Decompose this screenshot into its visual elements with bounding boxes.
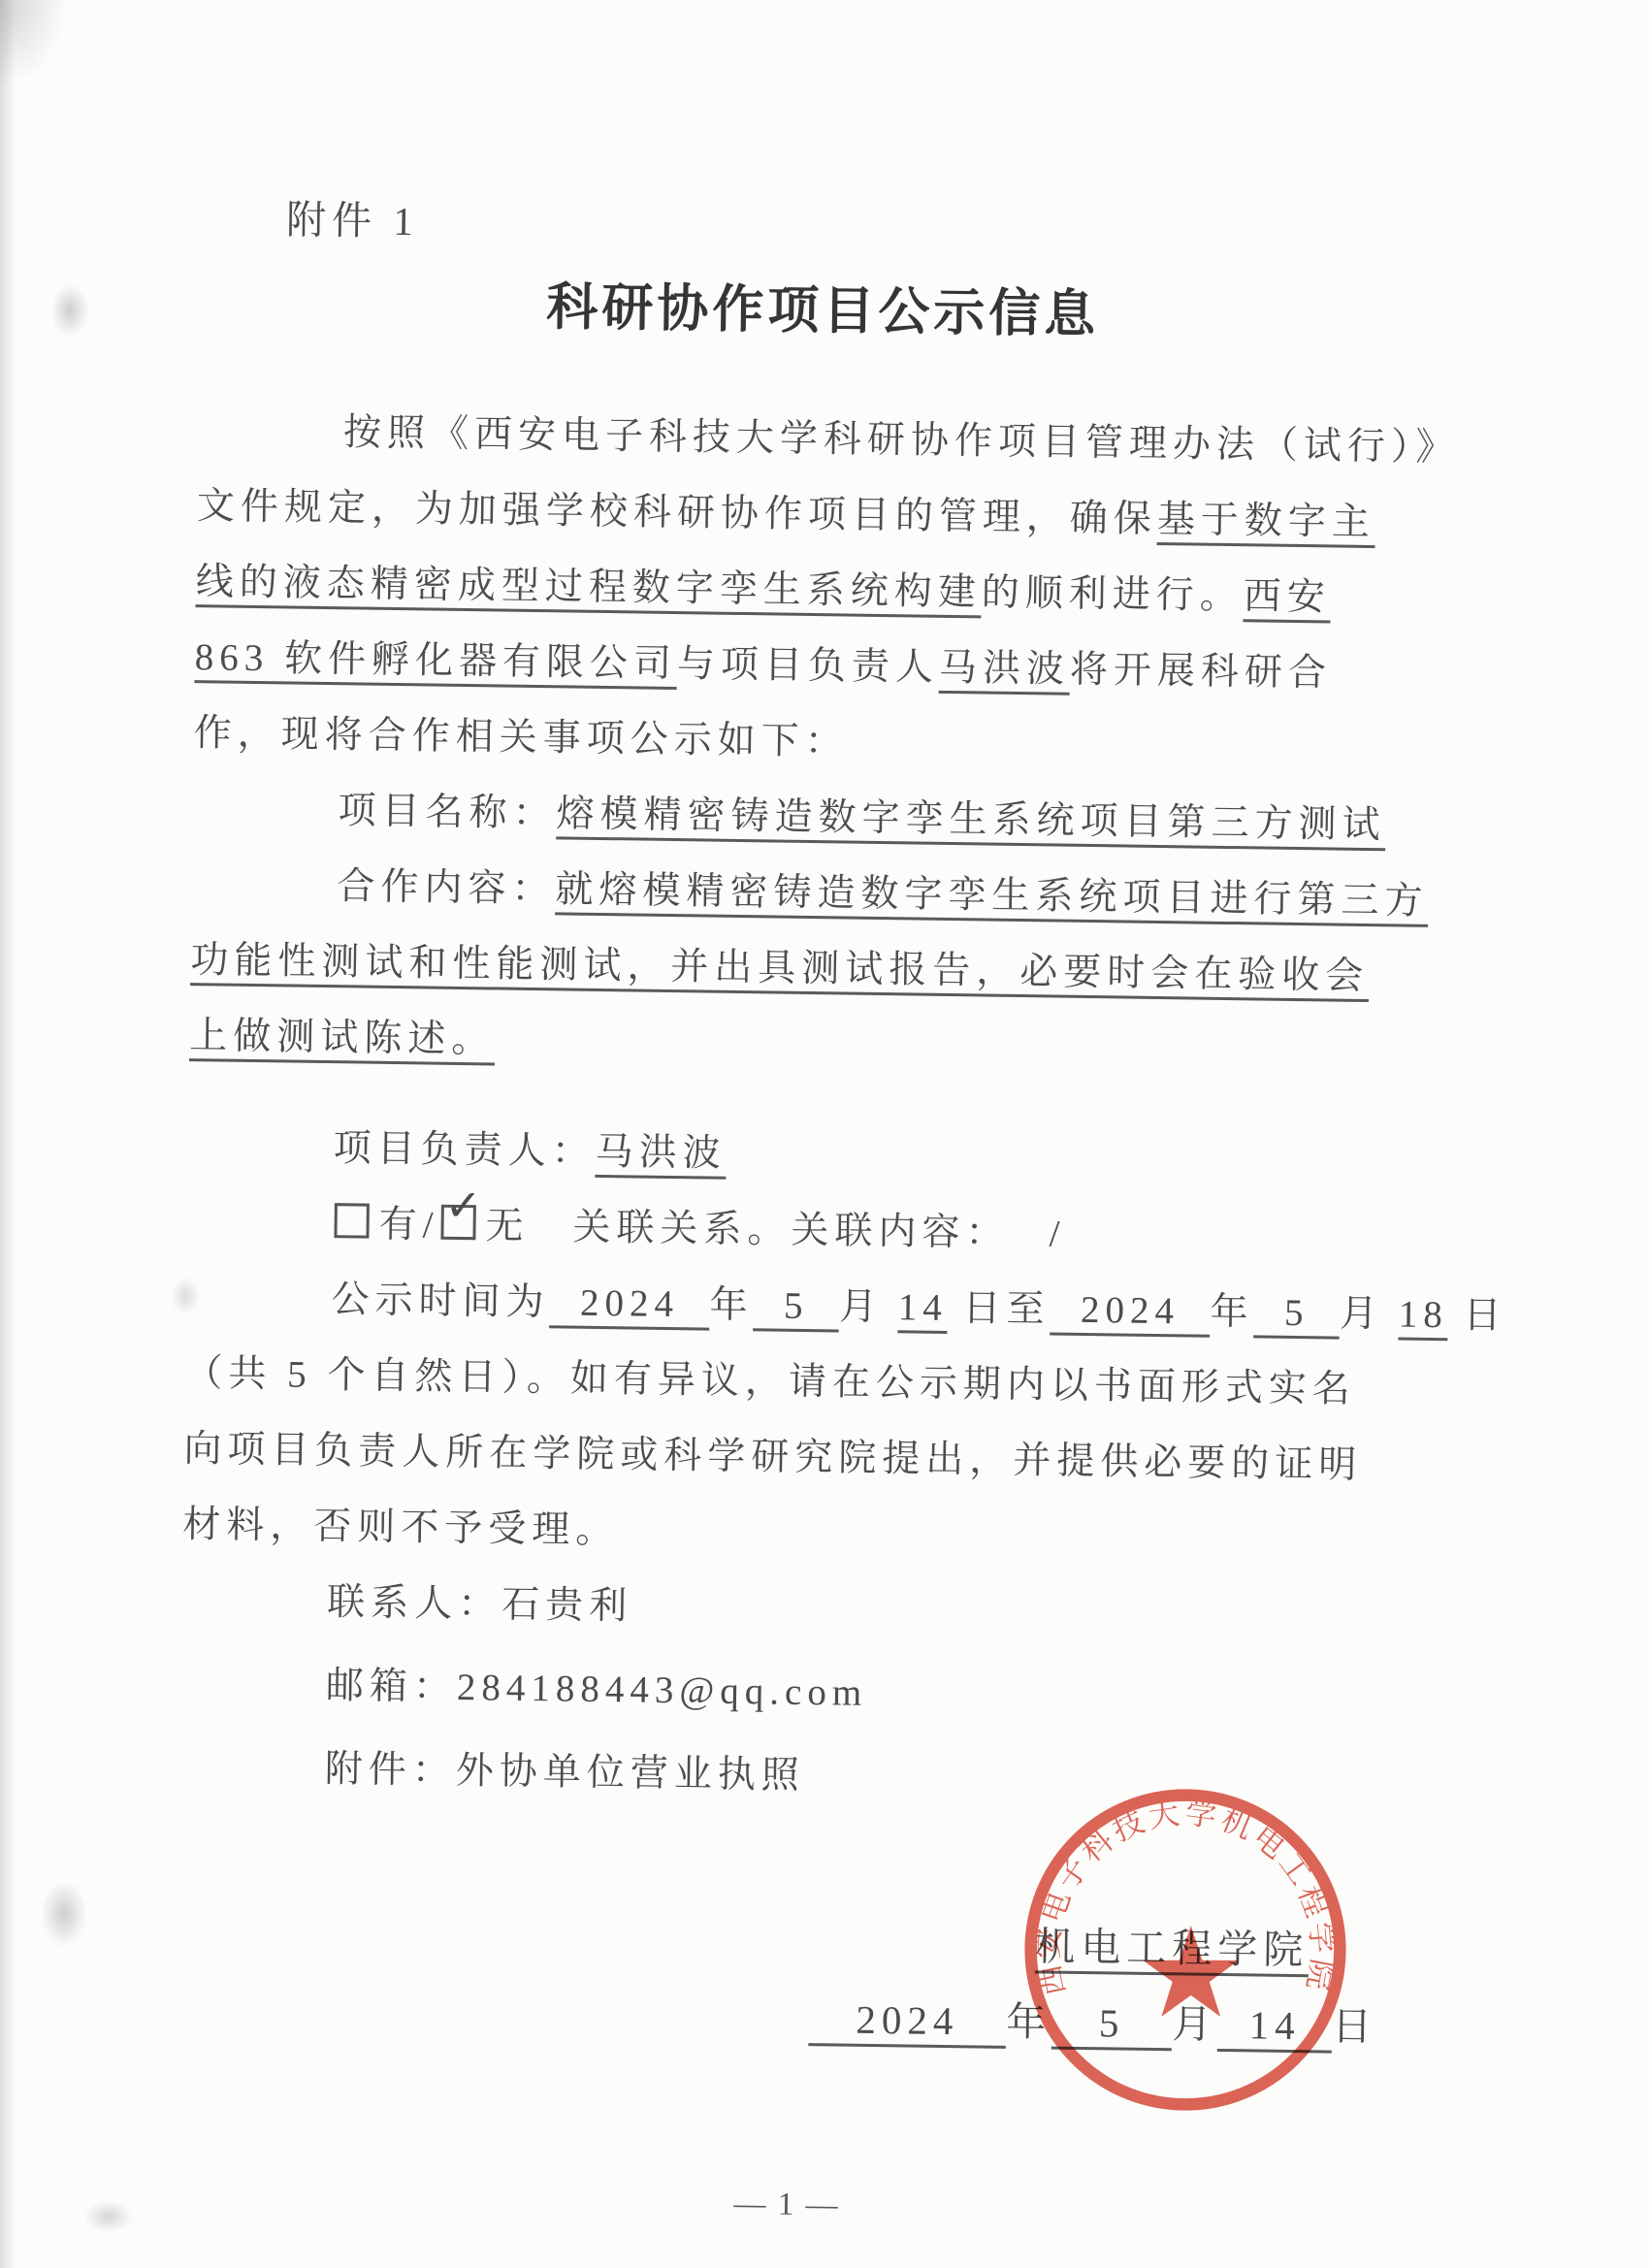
underlined-text: 基于数字主 (1157, 499, 1376, 543)
text-segment: 有/ (378, 1204, 438, 1247)
underlined-text: 2024 (549, 1281, 710, 1325)
text-segment: 月 (1340, 1293, 1399, 1336)
text-segment: 项目名称： (338, 790, 557, 834)
checkbox-checked-icon[interactable]: ✓ (440, 1205, 475, 1240)
text-segment: 合作内容： (337, 865, 556, 910)
official-seal-stamp: 西安电子科技大学机电工程学院 (999, 1764, 1372, 2136)
document-title: 科研协作项目公示信息 (199, 258, 1446, 365)
scanned-document-page: 附件 1 科研协作项目公示信息 按照《西安电子科技大学科研协作项目管理办法（试行… (0, 0, 1649, 2268)
underlined-text: 2024 (808, 1996, 1006, 2044)
page-number: — 1 — (173, 2158, 1420, 2252)
text-segment: 日至 (947, 1287, 1050, 1330)
underlined-text: 熔模精密铸造数字孪生系统项目第三方测试 (556, 793, 1386, 846)
underlined-text: 14 (897, 1286, 948, 1329)
text-segment: 文件规定，为加强学校科研协作项目的管理，确保 (197, 485, 1158, 540)
text-segment: 月 (839, 1285, 898, 1328)
document-body: 按照《西安电子科技大学科研协作项目管理办法（试行）》文件规定，为加强学校科研协作… (178, 393, 1444, 1823)
scan-smudge (41, 1880, 87, 1948)
underlined-text: 5 (753, 1284, 839, 1327)
body-line: 邮箱：284188443@qq.com (179, 1646, 1427, 1739)
text-segment: 向项目负责人所在学院或科学研究院提出，并提供必要的证明 (183, 1428, 1362, 1486)
text-segment: 邮箱：284188443@qq.com (326, 1665, 868, 1714)
text-segment: 年 (1210, 1291, 1254, 1334)
underlined-text: 18 (1398, 1293, 1448, 1336)
text-segment: 作，现将合作相关事项公示如下： (193, 712, 849, 762)
seal-star-icon (1143, 1926, 1239, 2017)
scan-smudge (50, 283, 89, 338)
text-segment: 公示时间为 (331, 1279, 550, 1323)
text-segment: 与项目负责人 (677, 643, 940, 689)
text-segment: 年 (709, 1284, 754, 1327)
scan-corner-shadow (0, 0, 68, 87)
check-icon: ✓ (444, 1183, 481, 1228)
underlined-text: 上做测试陈述。 (189, 1015, 496, 1060)
attachment-label: 附件 1 (286, 181, 1448, 274)
text-segment: 的顺利进行。 (981, 571, 1244, 617)
underlined-text: 功能性测试和性能测试，并出具测试报告，必要时会在验收会 (190, 939, 1369, 997)
text-segment: 项目负责人： (333, 1127, 596, 1173)
text-segment: 附件：外协单位营业执照 (324, 1748, 805, 1797)
text-segment: 日 (1447, 1294, 1506, 1337)
underlined-text: 863 软件孵化器有限公司 (194, 636, 677, 685)
text-segment: 将开展科研合 (1070, 649, 1333, 695)
scan-edge-shadow (0, 0, 16, 2268)
underlined-text: 马洪波 (939, 647, 1071, 691)
text-segment: 材料，否则不予受理。 (182, 1504, 620, 1551)
seal-graphic: 西安电子科技大学机电工程学院 (999, 1764, 1372, 2136)
scan-smudge (83, 2200, 134, 2233)
text-segment: 联系人：石贵利 (327, 1581, 633, 1627)
text-segment: （共 5 个自然日）。如有异议，请在公示期内以书面形式实名 (184, 1352, 1356, 1410)
underlined-text: 马洪波 (595, 1131, 727, 1175)
checkbox-empty-icon[interactable] (334, 1203, 369, 1238)
underlined-text: 就熔模精密铸造数字孪生系统项目进行第三方 (555, 868, 1429, 923)
body-line: 联系人：石贵利 (181, 1563, 1429, 1656)
text-segment: 按照《西安电子科技大学科研协作项目管理办法（试行）》 (343, 411, 1460, 469)
underlined-text: 西安 (1243, 575, 1331, 618)
underlined-text: 5 (1253, 1291, 1340, 1334)
underlined-text: 2024 (1050, 1288, 1211, 1332)
text-segment: 无 关联关系。关联内容： / (485, 1205, 1066, 1254)
underlined-text: 线的液态精密成型过程数字孪生系统构建 (196, 561, 983, 613)
